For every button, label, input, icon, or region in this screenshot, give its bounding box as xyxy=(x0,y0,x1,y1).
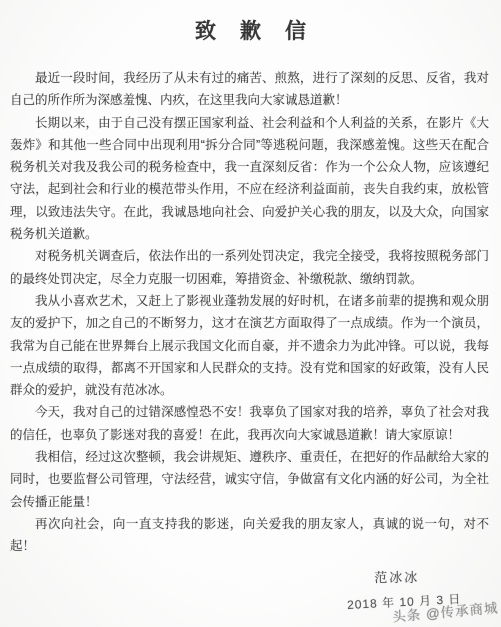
letter-paragraph: 再次向社会，向一直支持我的影迷，向关爱我的朋友家人，真诚的说一句，对不起！ xyxy=(10,513,489,558)
letter-paragraph: 对税务机关调查后，依法作出的一系列处罚决定，我完全接受，我将按照税务部门的最终处… xyxy=(10,245,489,290)
letter-paragraph: 最近一段时间，我经历了从未有过的痛苦、煎熬，进行了深刻的反思、反省，我对自己的所… xyxy=(10,67,489,112)
letter-paragraph: 我从小喜欢艺术，又赶上了影视业蓬勃发展的好时机，在诸多前辈的提携和观众朋友的爱护… xyxy=(10,290,489,401)
signature-name: 范冰冰 xyxy=(347,567,461,586)
letter-title: 致歉信 xyxy=(0,0,501,45)
apology-letter-document: 致歉信 最近一段时间，我经历了从未有过的痛苦、煎熬，进行了深刻的反思、反省，我对… xyxy=(0,0,501,627)
letter-paragraph: 长期以来，由于自己没有摆正国家利益、社会利益和个人利益的关系，在影片《大轰炸》和… xyxy=(10,112,489,246)
letter-paragraph: 今天，我对自己的过错深感惶恐不安！我辜负了国家对我的培养，辜负了社会对我的信任，… xyxy=(10,401,489,446)
letter-paragraph: 我相信，经过这次整顿，我会讲规矩、遵秩序、重责任，在把好的作品献给大家的同时，也… xyxy=(10,446,489,513)
letter-body: 最近一段时间，我经历了从未有过的痛苦、煎熬，进行了深刻的反思、反省，我对自己的所… xyxy=(10,67,489,558)
